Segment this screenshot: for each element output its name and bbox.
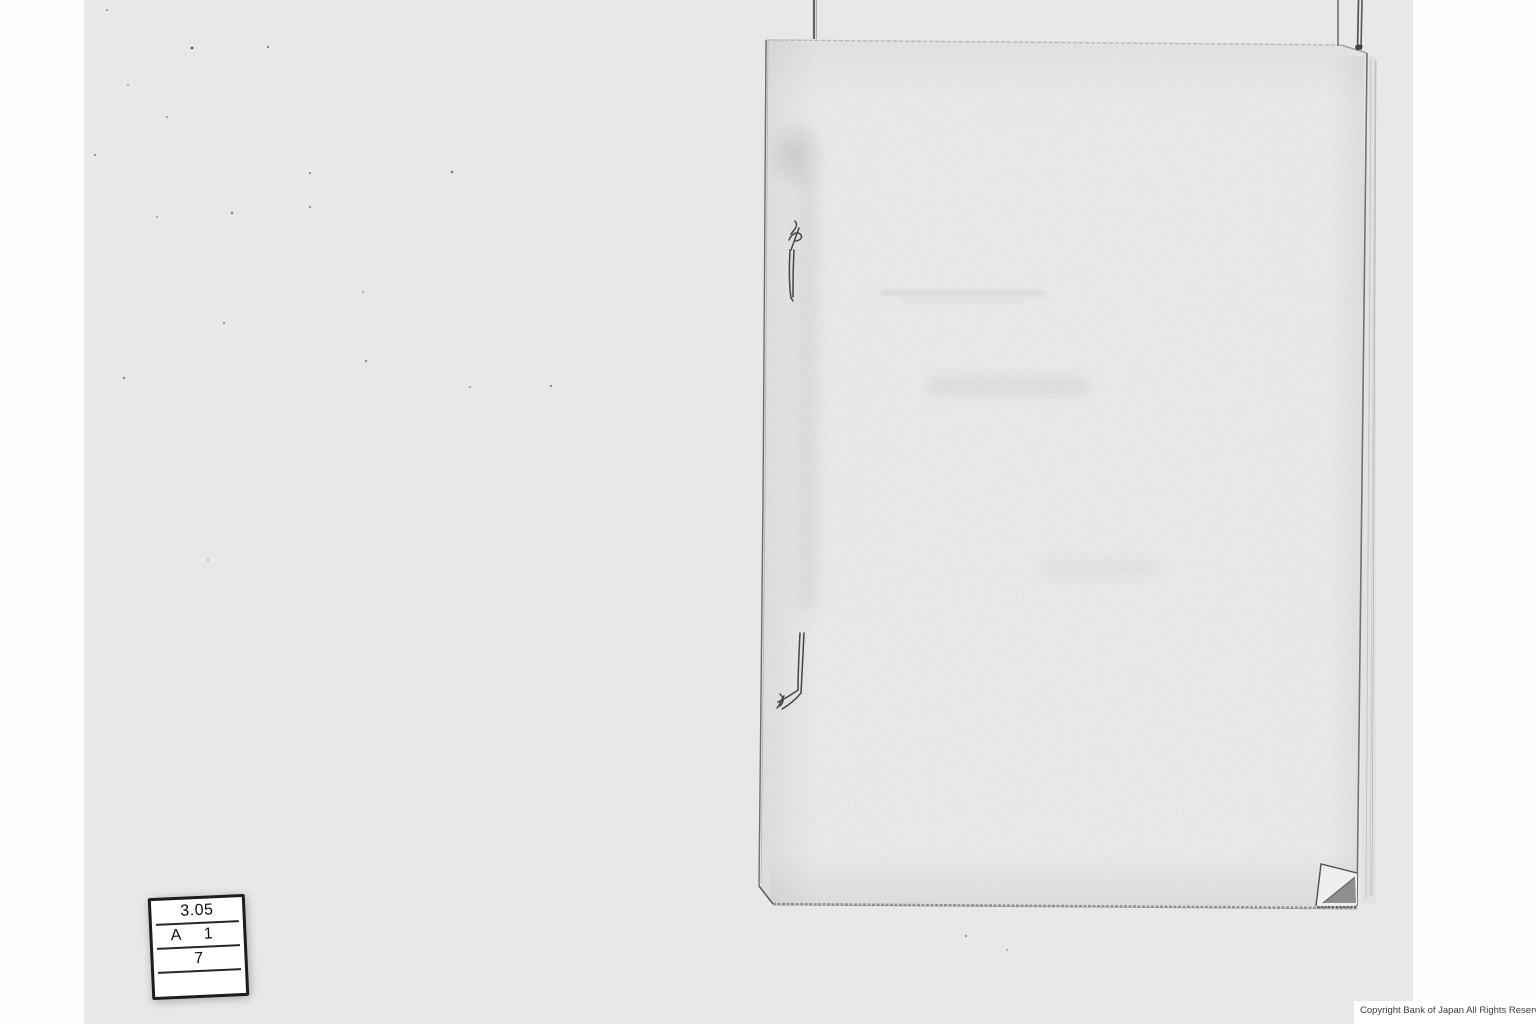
scan-margin-left: [0, 0, 84, 1024]
lower-smudge: [1040, 560, 1160, 576]
right-edge-shading: [1328, 56, 1364, 900]
top-edge-shading: [766, 39, 1367, 101]
copyright-text: Copyright Bank of Japan All Rights Reser…: [1360, 1005, 1536, 1016]
label-row-4: [158, 970, 242, 996]
middle-smudge: [928, 376, 1088, 396]
horizontal-smudge-1: [880, 291, 1045, 295]
archive-shelf-label-grid: 3.05 A 1 7: [155, 898, 242, 996]
horizontal-smudge-2: [903, 299, 1025, 302]
label-series-number: 1: [203, 925, 213, 943]
bottom-edge-shading: [770, 852, 1360, 906]
copyright-notice: Copyright Bank of Japan All Rights Reser…: [1354, 1001, 1536, 1024]
label-series-letter: A: [170, 927, 182, 945]
label-call-number: 3.05: [180, 901, 214, 920]
scan-margin-right: [1413, 0, 1536, 1024]
label-item-number: 7: [194, 950, 204, 968]
vertical-smudge-band: [796, 170, 820, 610]
archive-shelf-label: 3.05 A 1 7: [148, 894, 250, 1000]
